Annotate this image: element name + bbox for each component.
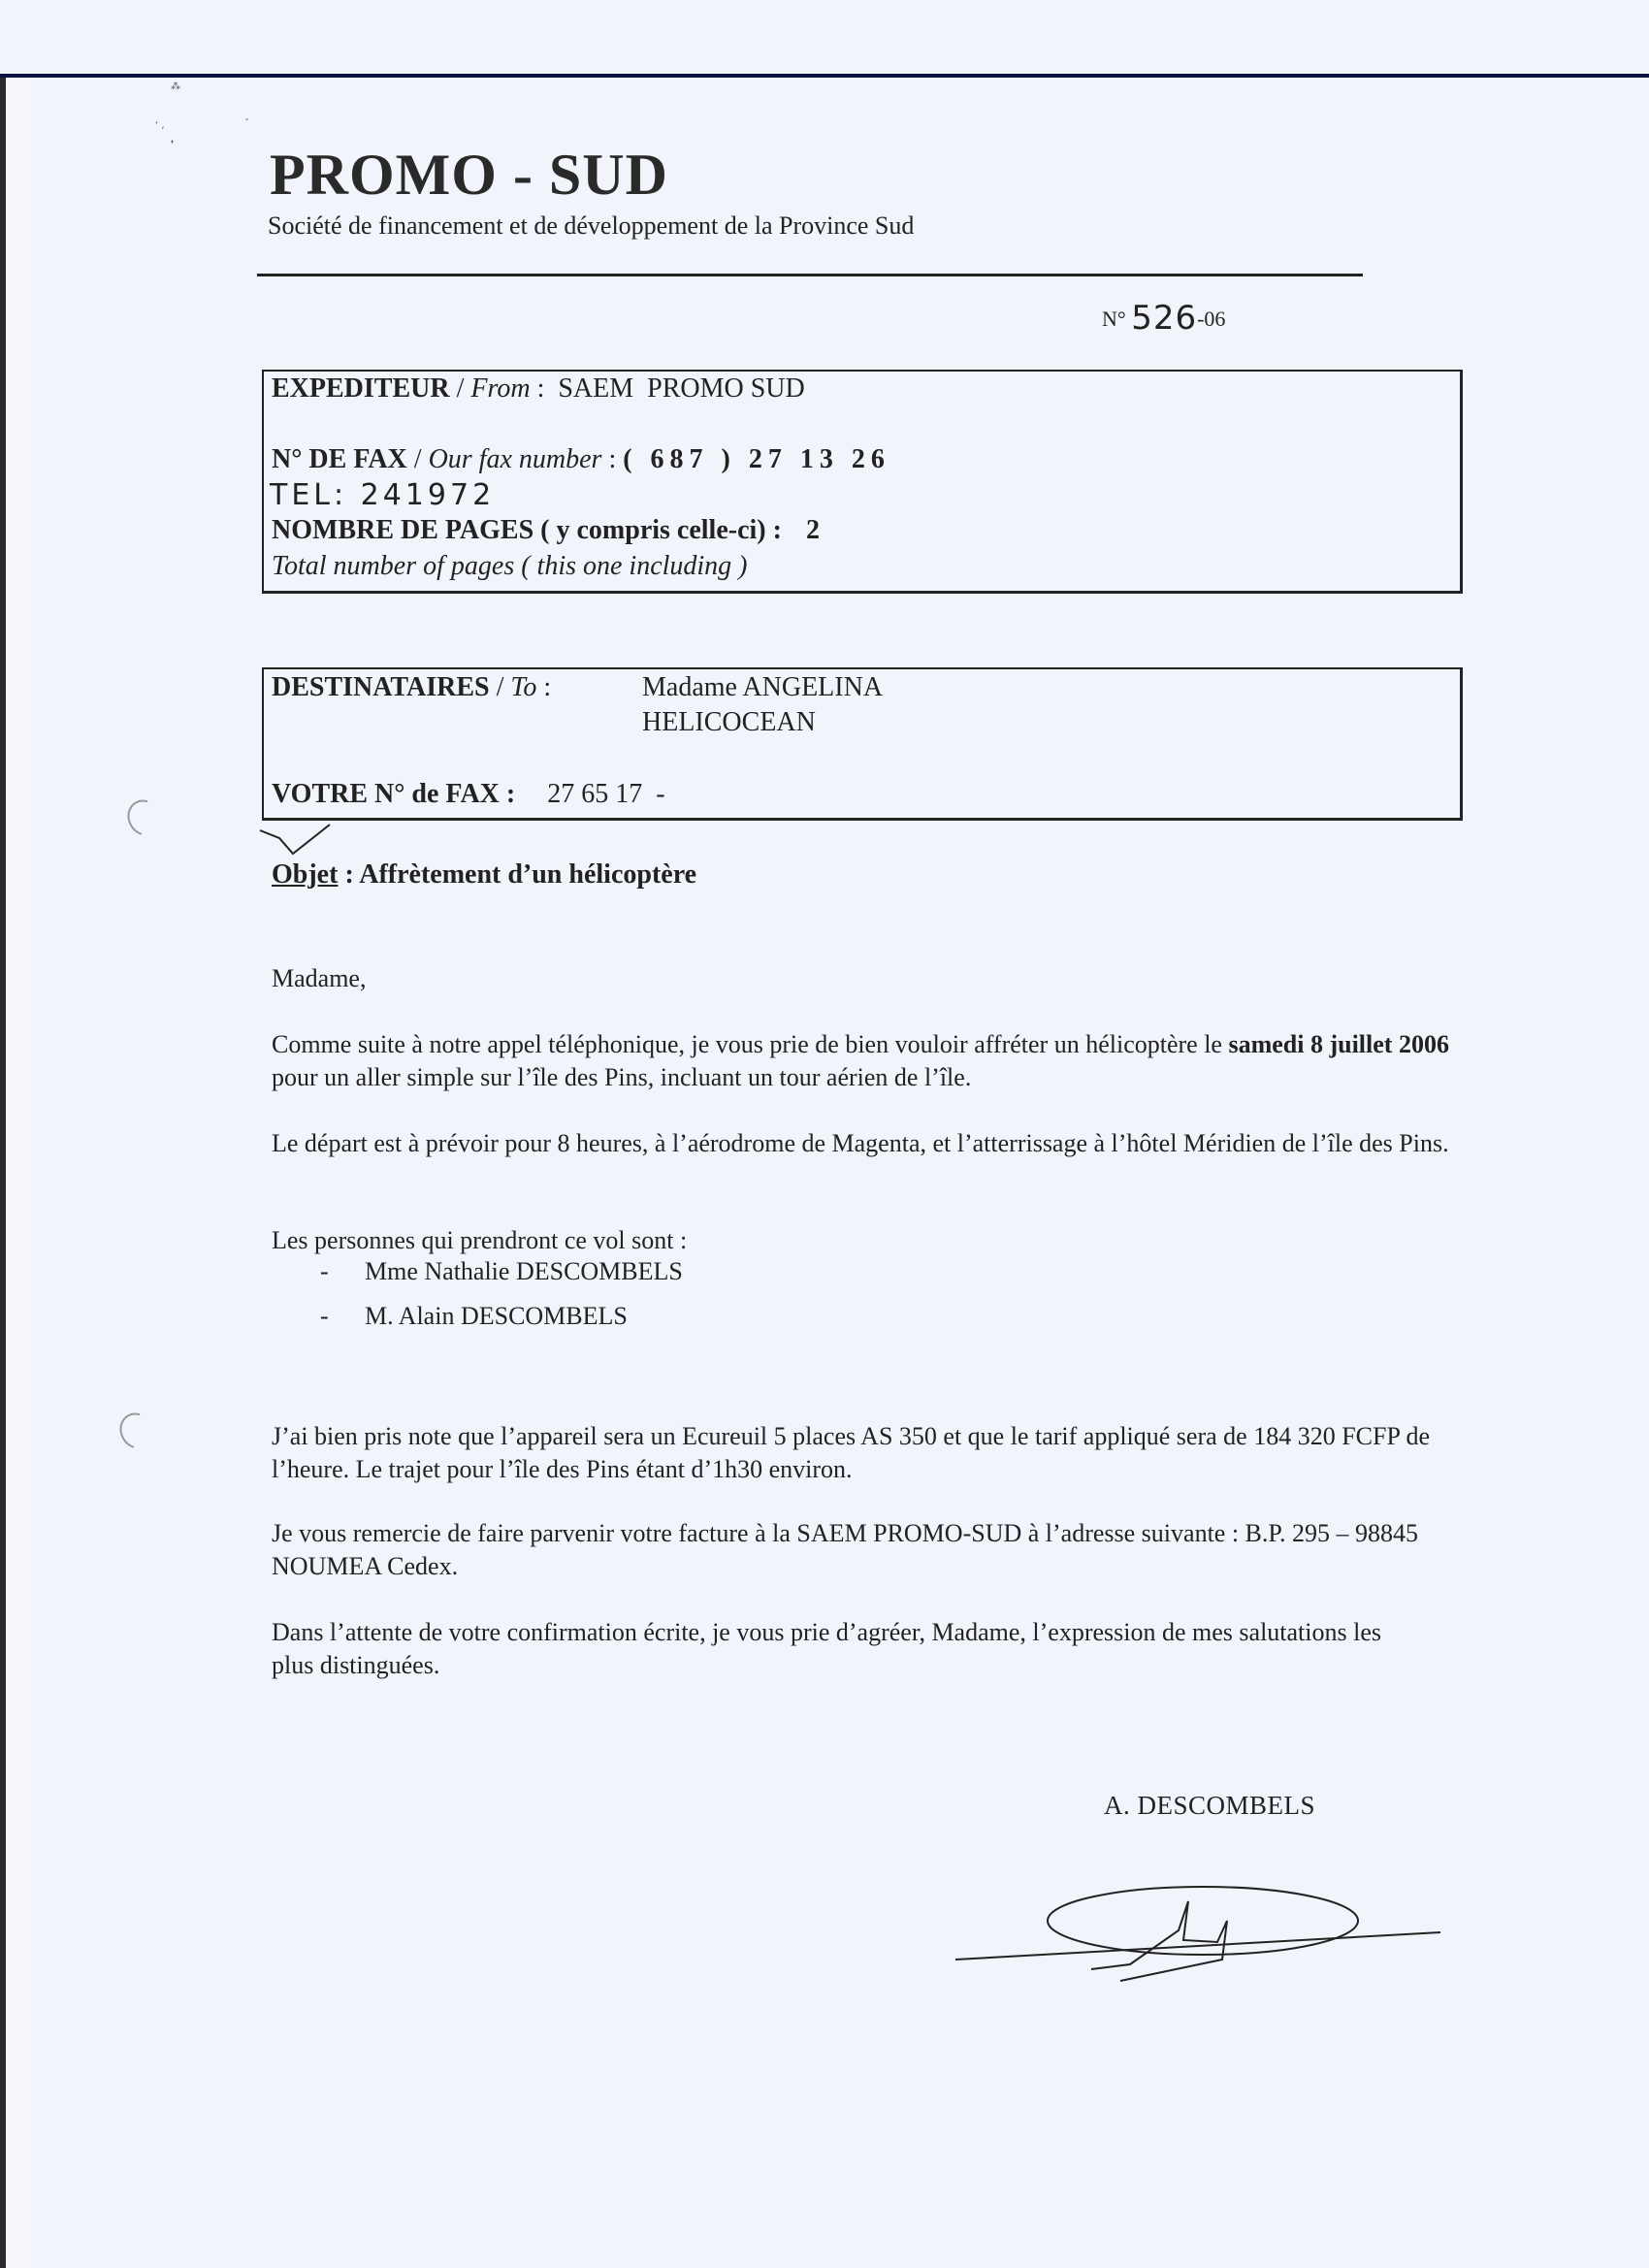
scan-left-edge (0, 78, 6, 2268)
pages-value: 2 (806, 515, 820, 545)
pages-label: NOMBRE DE PAGES ( y compris celle-ci) : (272, 515, 782, 545)
to-label-en: To (510, 672, 536, 702)
passenger-name: M. Alain DESCOMBELS (365, 1302, 628, 1330)
paragraph-request-text-a: Comme suite à notre appel téléphonique, … (272, 1030, 1228, 1058)
header-divider (257, 274, 1363, 276)
punch-hole-mark (113, 1407, 160, 1455)
fax-reference-number: N° 526-06 (1102, 299, 1225, 338)
fax-label-en: Our fax number (429, 444, 602, 474)
recipient-box: DESTINATAIRES / To : Madame ANGELINA HEL… (262, 667, 1463, 821)
recipient-fax-row: VOTRE N° de FAX : 27 65 17 - (272, 779, 665, 810)
tel-handwritten: TEL: 241972 (270, 478, 495, 512)
passenger-item: -Mme Nathalie DESCOMBELS (320, 1257, 683, 1286)
scan-speck: ˇ (244, 118, 249, 129)
passengers-intro: Les personnes qui prendront ce vol sont … (272, 1224, 1465, 1257)
fax-label: N° DE FAX (272, 444, 407, 474)
scan-speck: ⁂ (171, 81, 180, 92)
from-label: EXPEDITEUR (272, 373, 450, 404)
paragraph-departure: Le départ est à prévoir pour 8 heures, à… (272, 1127, 1465, 1160)
fax-value: ( 687 ) 27 13 26 (623, 444, 890, 474)
punch-hole-mark (121, 794, 168, 842)
scan-speck: ❜ (171, 140, 174, 150)
company-brand: PROMO - SUD (270, 142, 668, 209)
recipient-to-row: DESTINATAIRES / To : (272, 672, 551, 703)
paragraph-closing: Dans l’attente de votre confirmation écr… (272, 1616, 1387, 1682)
subject-value: : Affrètement d’un hélicoptère (344, 859, 696, 890)
recipient-fax-value: 27 65 17 - (547, 779, 664, 809)
reference-number-handwritten: 526 (1131, 299, 1197, 338)
sender-from-row: EXPEDITEUR / From : SAEM PROMO SUD (272, 373, 805, 405)
reference-prefix: N° (1102, 307, 1126, 331)
handwritten-check-icon (258, 821, 336, 859)
paragraph-request-text-b: pour un aller simple sur l’île des Pins,… (272, 1063, 971, 1091)
recipient-company: HELICOCEAN (642, 707, 816, 738)
signer-name: A. DESCOMBELS (1104, 1791, 1315, 1821)
subject-label: Objet (272, 859, 338, 890)
flight-date: samedi 8 juillet 2006 (1228, 1030, 1449, 1058)
scan-top-edge (0, 74, 1649, 78)
from-value: SAEM PROMO SUD (558, 373, 804, 404)
recipient-name: Madame ANGELINA (642, 672, 883, 703)
recipient-fax-label: VOTRE N° de FAX : (272, 779, 515, 809)
passenger-item: -M. Alain DESCOMBELS (320, 1302, 628, 1331)
pages-label-en: Total number of pages ( this one includi… (272, 551, 748, 582)
sender-fax-row: N° DE FAX / Our fax number : ( 687 ) 27 … (272, 444, 890, 475)
scan-left-shade (6, 78, 52, 2268)
reference-suffix: -06 (1197, 307, 1225, 331)
passenger-name: Mme Nathalie DESCOMBELS (365, 1257, 683, 1285)
company-subtitle: Société de financement et de développeme… (268, 211, 914, 241)
salutation: Madame, (272, 962, 1465, 995)
from-label-en: From (470, 373, 530, 404)
subject-line: Objet : Affrètement d’un hélicoptère (272, 859, 696, 891)
pages-row: NOMBRE DE PAGES ( y compris celle-ci) : … (272, 515, 820, 546)
handwritten-signature (946, 1872, 1450, 1998)
paragraph-aircraft-rate: J’ai bien pris note que l’appareil sera … (272, 1420, 1465, 1486)
paragraph-request: Comme suite à notre appel téléphonique, … (272, 1028, 1465, 1094)
to-label: DESTINATAIRES (272, 672, 490, 702)
scan-speck: ‘ , (155, 120, 165, 131)
paragraph-invoice: Je vous remercie de faire parvenir votre… (272, 1517, 1465, 1583)
sender-box: EXPEDITEUR / From : SAEM PROMO SUD N° DE… (262, 370, 1463, 594)
